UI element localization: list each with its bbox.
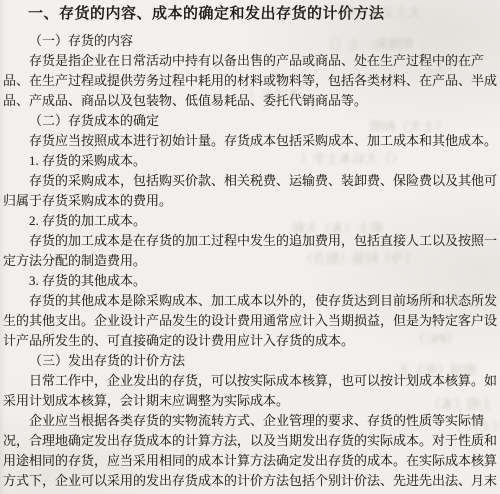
text-line: （三）发出存货的计价方法 — [3, 351, 500, 371]
text-line: 企业应当根据各类存货的实物流转方式、企业管理的要求、存货的性质等实际情 — [3, 411, 500, 431]
text-line: 定方法分配的制造费用。 — [3, 251, 500, 271]
text-line: 日常工作中，企业发出的存货，可以按实际成本核算，也可以按计划成本核算。如 — [3, 371, 500, 391]
text-line: 况，合理地确定发出存货成本的计算方法，以及当期发出存货的实际成本。对于性质和 — [3, 431, 500, 451]
text-line: 采用计划成本核算，会计期末应调整为实际成本。 — [3, 391, 500, 411]
text-line: 存货的其他成本是除采购成本、加工成本以外的，使存货达到目前场所和状态所发 — [3, 291, 500, 311]
text-line: 归属于存货采购成本的费用。 — [3, 191, 500, 211]
text-line: 品、产成品、商品以及包装物、低值易耗品、委托代销商品等。 — [3, 91, 500, 111]
body-text: （一）存货的内容存货是指企业在日常活动中持有以备出售的产品或商品、处在生产过程中… — [3, 31, 500, 491]
text-line: 2. 存货的加工成本。 — [3, 211, 500, 231]
scanned-textbook-page: 一、存货的内容、成本的确定和发出存货的计价方法 大土义本（年），明维和：土（）（… — [0, 0, 500, 494]
text-line: 存货的加工成本是在存货的加工过程中发生的追加费用，包括直接人工以及按照一 — [3, 231, 500, 251]
text-line: 存货是指企业在日常活动中持有以备出售的产品或商品、处在生产过程中的在产 — [3, 51, 500, 71]
text-line: 生的其他支出。企业设计产品发生的设计费用通常应计入当期损益，但是为特定客户设 — [3, 311, 500, 331]
text-line: 品、在生产过程或提供劳务过程中耗用的材料或物料等，包括各类材料、在产品、半成 — [3, 71, 500, 91]
page-title: 一、存货的内容、成本的确定和发出存货的计价方法 — [3, 3, 500, 25]
text-line: 存货的采购成本，包括购买价款、相关税费、运输费、装卸费、保险费以及其他可 — [3, 171, 500, 191]
text-line: 1. 存货的采购成本。 — [3, 151, 500, 171]
text-line: （一）存货的内容 — [3, 31, 500, 51]
text-line: （二）存货成本的确定 — [3, 111, 500, 131]
text-line: 存货应当按照成本进行初始计量。存货成本包括采购成本、加工成本和其他成本。 — [3, 131, 500, 151]
text-line: 方式下，企业可以采用的发出存货成本的计价方法包括个别计价法、先进先出法、月末 — [3, 471, 500, 491]
text-line: 计产品所发生的、可直接确定的设计费用应计入存货的成本。 — [3, 331, 500, 351]
text-line: 3. 存货的其他成本。 — [3, 271, 500, 291]
text-line: 用途相同的存货，应当采用相同的成本计算方法确定发出存货的成本。在实际成本核算 — [3, 451, 500, 471]
